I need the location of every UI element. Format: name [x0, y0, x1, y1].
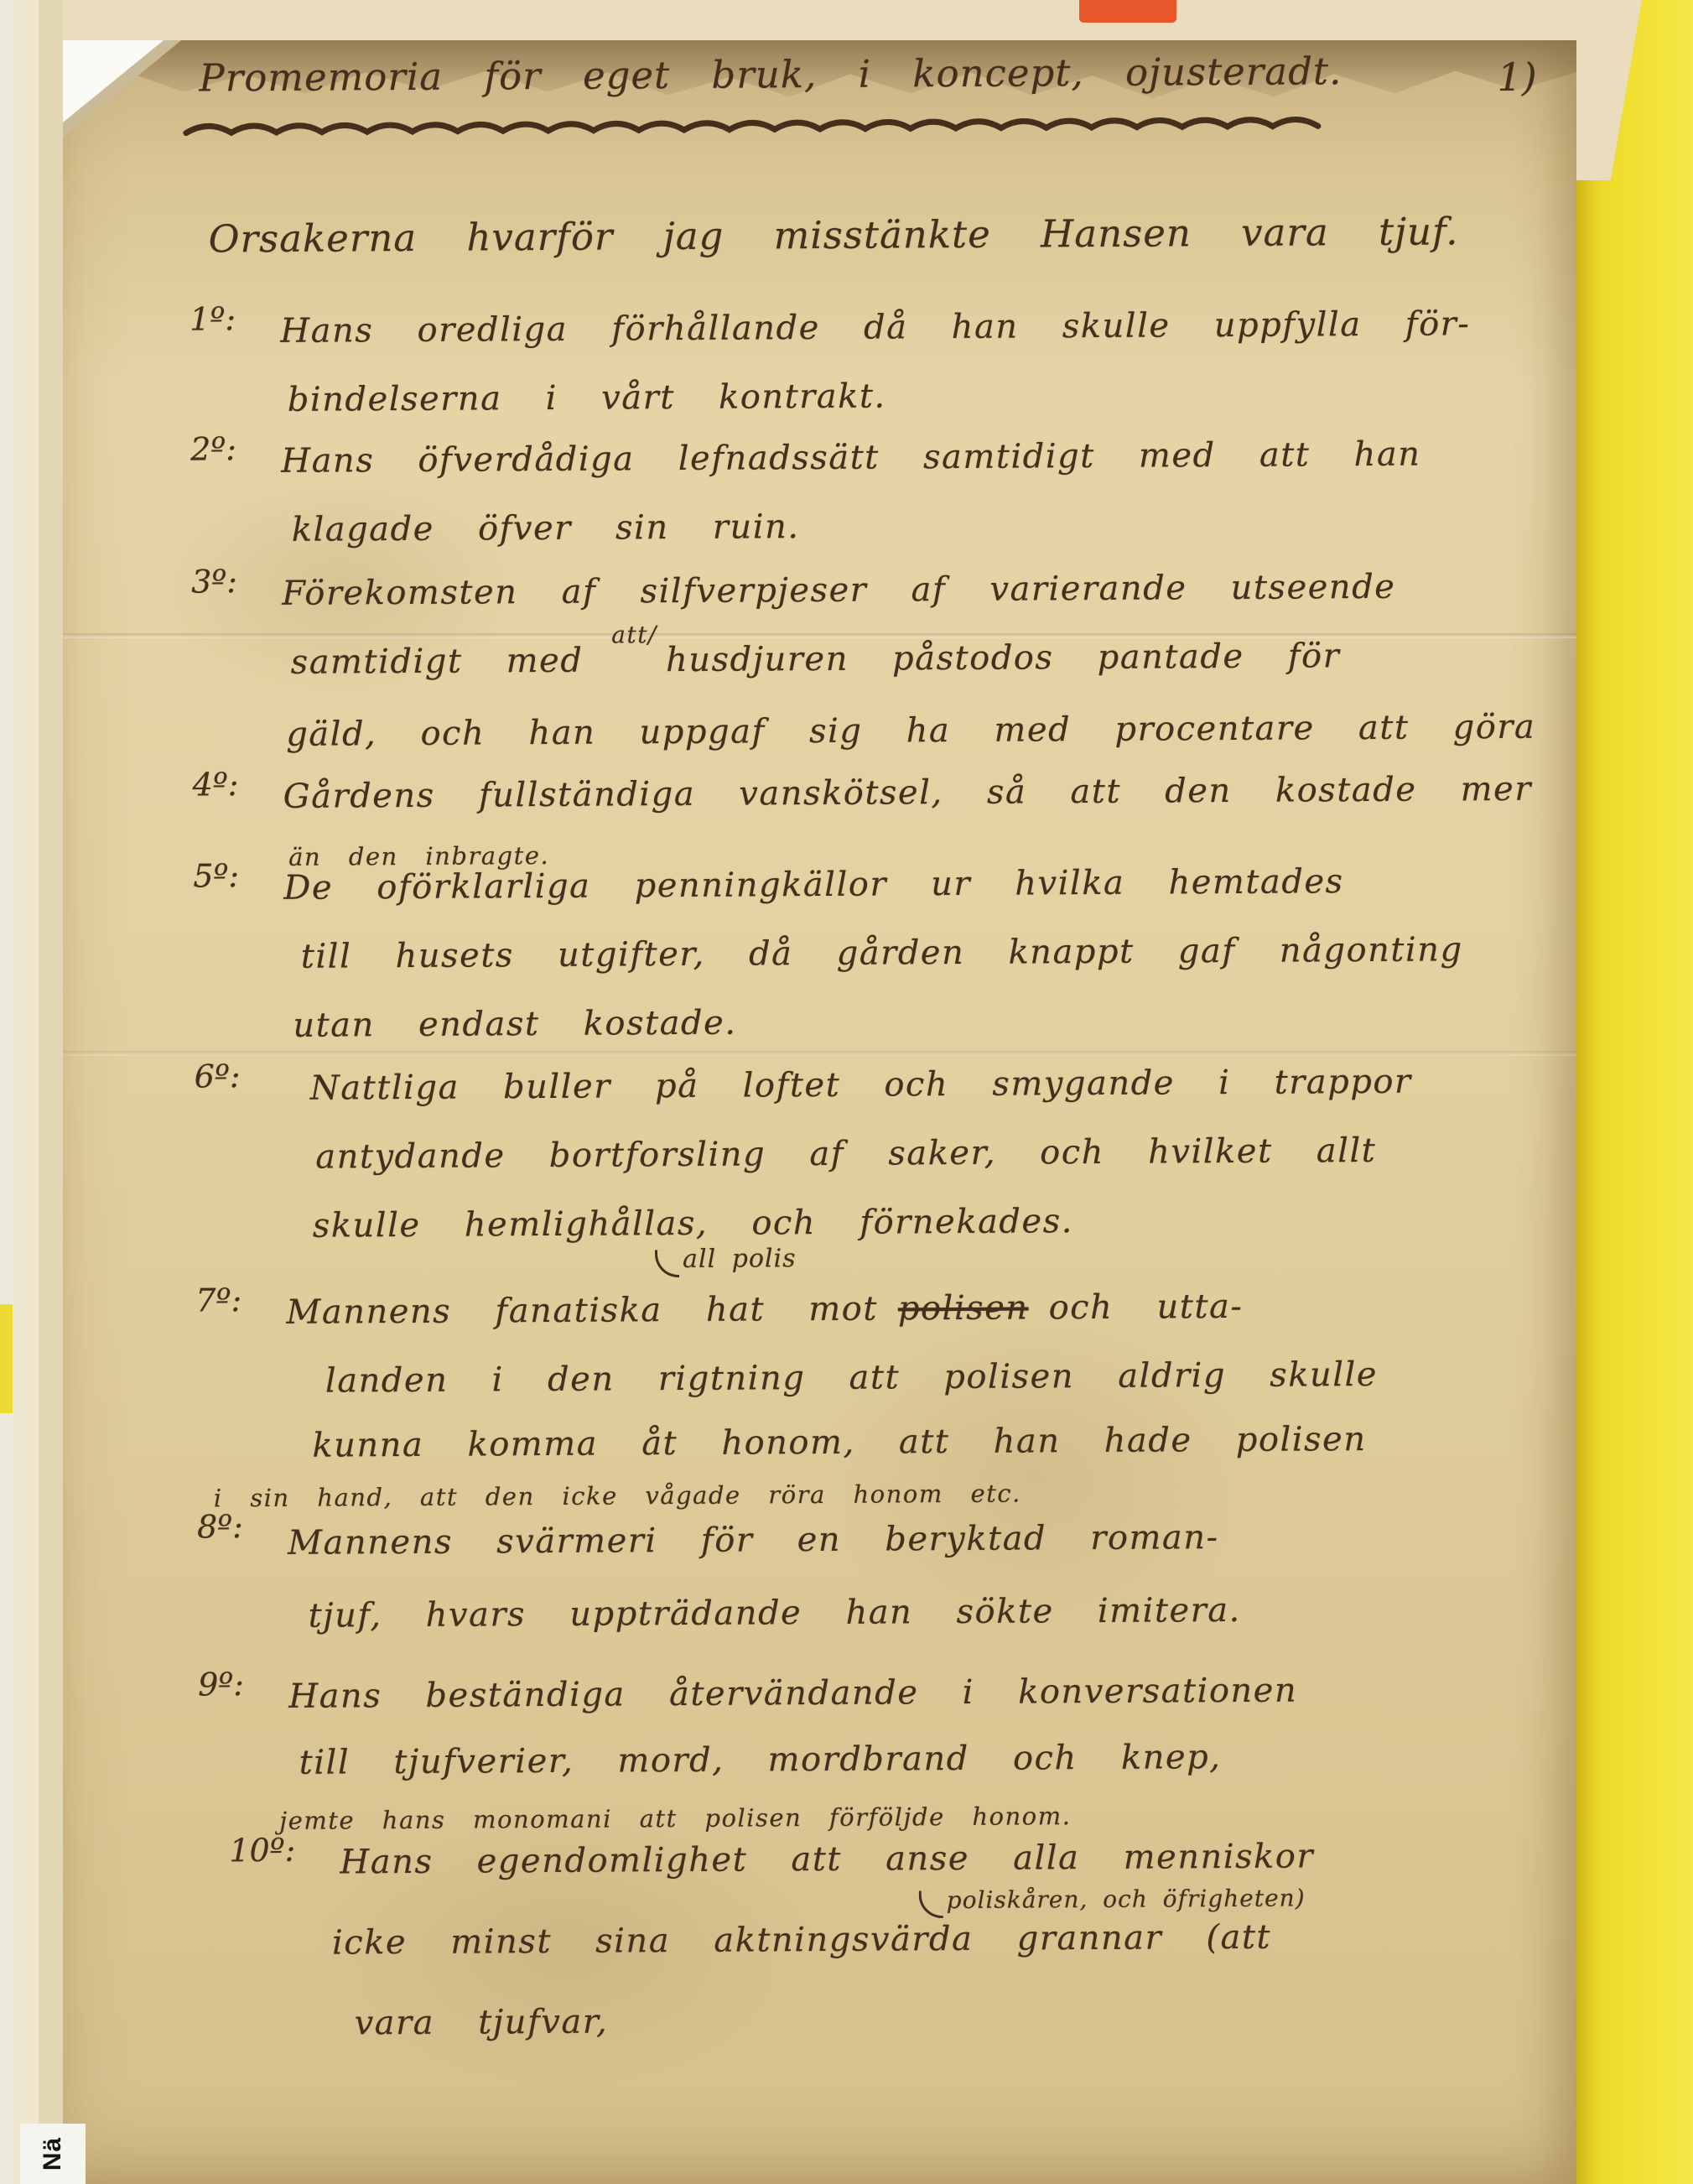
page-title: Promemoria för eget bruk, i koncept, oju… — [199, 49, 1342, 100]
handwritten-line: Nattliga buller på loftet och smygande i… — [310, 1048, 1412, 1123]
list-item: 2º: Hans öfverdådiga lefnadssätt samtidi… — [281, 420, 1421, 564]
archive-label-text: Nä — [39, 2137, 67, 2171]
handwritten-line: till husets utgifter, då gården knappt g… — [301, 915, 1463, 991]
handwritten-line: vara tjufvar, — [354, 1983, 1315, 2057]
item-number: 6º: — [195, 1058, 241, 1095]
item-number: 2º: — [190, 430, 236, 467]
handwritten-line: tjuf, hvars uppträdande han sökte imiter… — [308, 1576, 1241, 1651]
list-item: 9º: Hans beständiga återvändande i konve… — [288, 1656, 1298, 1847]
manuscript-page: Promemoria för eget bruk, i koncept, oju… — [63, 40, 1576, 2184]
handwritten-line: Mannens svärmeri för en beryktad roman- — [288, 1499, 1241, 1582]
line-segment: husdjuren påstodos pantade för — [666, 637, 1341, 679]
handwritten-line: kunna komma åt honom, att han hade polis… — [312, 1409, 1378, 1476]
handwritten-line: landen i den rigtning att polisen aldrig… — [325, 1340, 1379, 1416]
orange-tab — [1079, 0, 1176, 23]
yellow-folder-sliver — [0, 1304, 13, 1413]
line-segment: och utta- — [1048, 1287, 1243, 1327]
interlinear-insertion: all polis — [655, 1225, 797, 1294]
struck-word: polisen — [898, 1288, 1029, 1328]
item-number: 5º: — [193, 857, 239, 894]
item-number: 8º: — [197, 1508, 243, 1545]
item-number: 9º: — [198, 1666, 244, 1703]
list-item: 3º: Förekomsten af silfverpjeser af vari… — [282, 550, 1576, 768]
list-item: 6º: Nattliga buller på loftet och smygan… — [285, 1048, 1413, 1261]
list-item: 7º: all polis Mannens fanatiska hat motp… — [286, 1271, 1379, 1520]
handwritten-line: Förekomsten af silfverpjeser af varieran… — [282, 550, 1576, 627]
handwritten-line: skulle hemlighållas, och förnekades. — [313, 1185, 1413, 1261]
page-number: 1) — [1497, 55, 1537, 100]
handwritten-line: antydande bortforsling af saker, och hvi… — [315, 1116, 1412, 1192]
paper-stack-strip — [39, 0, 63, 2184]
handwritten-line: Gårdens fullständiga vanskötsel, så att … — [283, 755, 1532, 831]
handwritten-content: Promemoria för eget bruk, i koncept, oju… — [63, 40, 1576, 2184]
section-heading: Orsakerna hvarför jag misstänkte Hansen … — [208, 209, 1458, 261]
handwritten-line: Hans beständiga återvändande i konversat… — [288, 1656, 1297, 1731]
paper-stack-strip — [12, 0, 39, 2184]
handwritten-line: till tjufverier, mord, mordbrand och kne… — [299, 1725, 1297, 1795]
handwritten-line: samtidigt medatt/husdjuren påstodos pant… — [290, 619, 1576, 699]
list-item: 8º: Mannens svärmeri för en beryktad rom… — [288, 1499, 1241, 1651]
paper-stack-strip — [0, 0, 12, 2184]
line-segment: samtidigt med — [291, 642, 584, 682]
handwritten-line: Hans öfverdådiga lefnadssätt samtidigt m… — [281, 420, 1421, 496]
item-number: 1º: — [190, 300, 236, 337]
list-item: 1º: Hans oredliga förhållande då han sku… — [280, 289, 1471, 434]
handwritten-line: De oförklarliga penningkällor ur hvilka … — [283, 846, 1462, 923]
handwritten-line: Hans oredliga förhållande då han skulle … — [280, 289, 1471, 366]
item-number: 3º: — [191, 563, 237, 600]
title-wavy-underline — [183, 109, 1357, 142]
item-number: 10º: — [229, 1832, 295, 1869]
handwritten-line: poliskåren, och öfrigheten) icke minst s… — [332, 1890, 1315, 1989]
interlinear-insertion: poliskåren, och öfrigheten) — [918, 1852, 1306, 1947]
interlinear-insertion: att/ — [611, 621, 657, 648]
list-item: 5º: De oförklarliga penningkällor ur hvi… — [283, 846, 1463, 1060]
line-segment: Mannens fanatiska hat mot — [286, 1290, 878, 1332]
archive-label: Nä — [20, 2124, 86, 2184]
manuscript-photo: Promemoria för eget bruk, i koncept, oju… — [0, 0, 1693, 2184]
yellow-folder-edge — [1576, 0, 1693, 2184]
handwritten-line: all polis Mannens fanatiska hat motpolis… — [286, 1271, 1378, 1347]
item-number: 7º: — [195, 1282, 241, 1318]
list-item: 10º: Hans egendomlighet att anse alla me… — [340, 1822, 1315, 2057]
item-number: 4º: — [192, 766, 238, 803]
